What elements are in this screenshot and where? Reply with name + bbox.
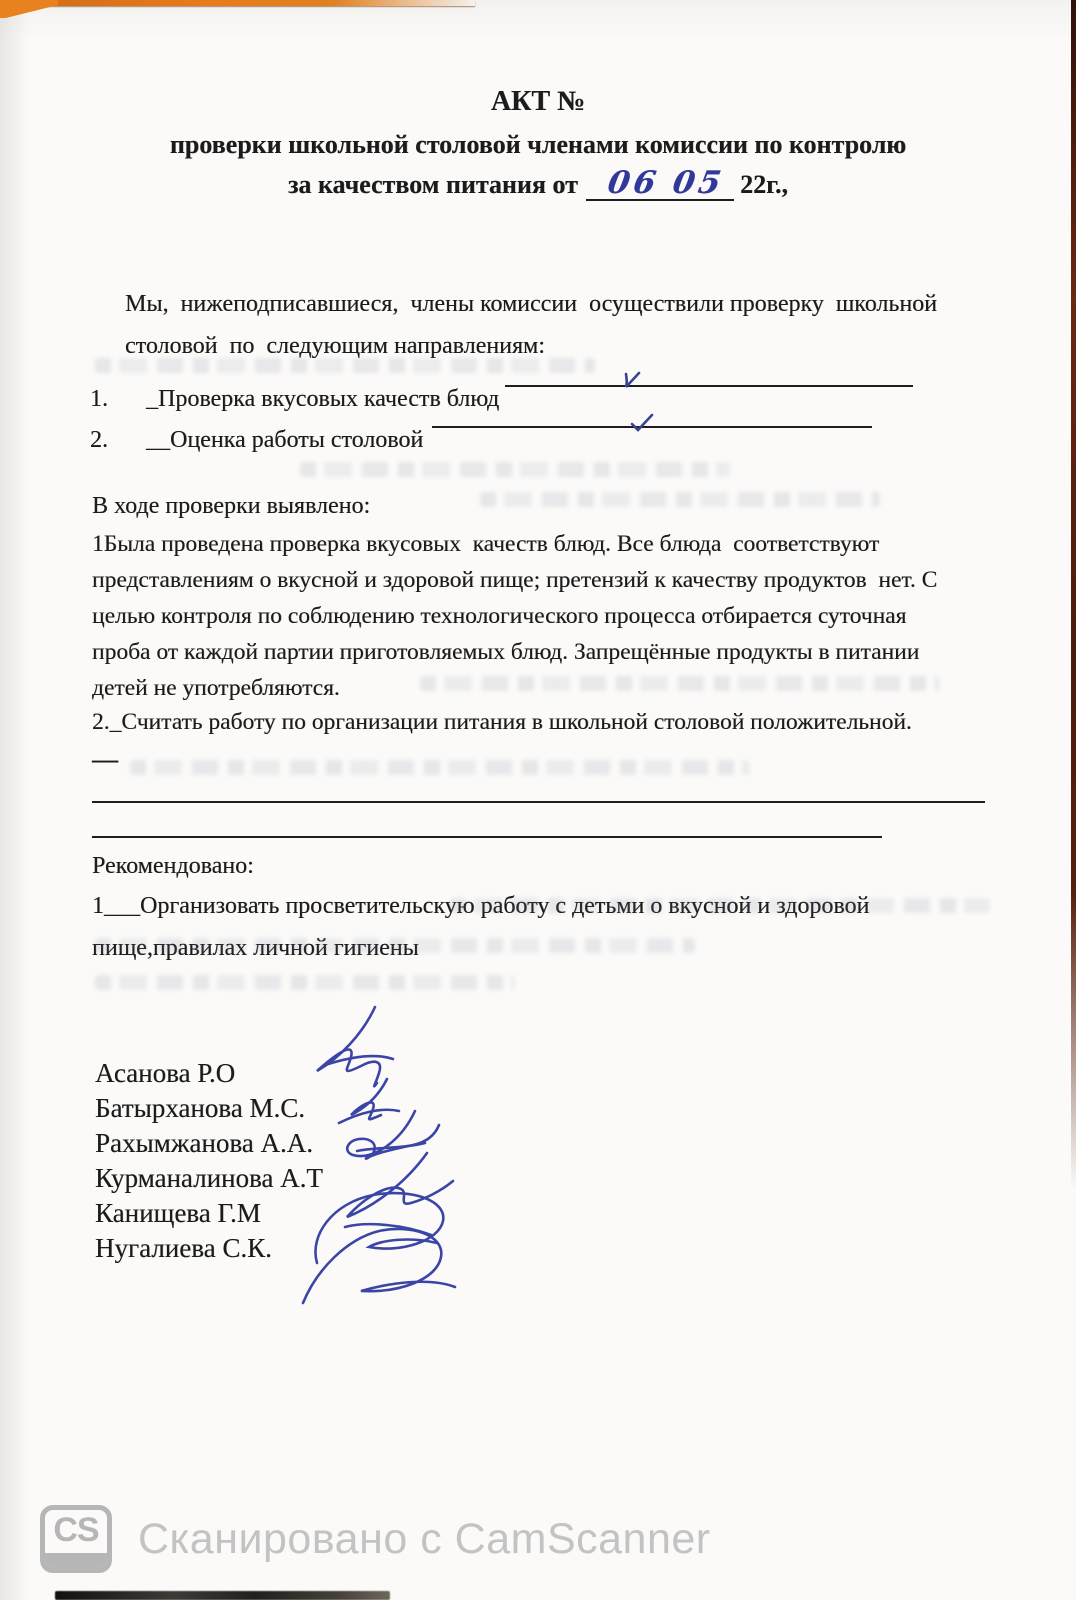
findings-line-3: целью контроля по соблюдению технологиче… (92, 602, 906, 630)
document-title: АКТ № (0, 86, 1076, 118)
bleedthrough-artifact (450, 898, 990, 913)
bleedthrough-artifact (95, 358, 595, 373)
date-line-suffix: 22г., (740, 170, 788, 199)
date-fill-in-line: 0605 (586, 168, 734, 201)
handwritten-checkmark-icon (628, 412, 656, 434)
date-line-prefix: за качеством питания от (288, 170, 578, 199)
findings-line-1: 1Была проведена проверка вкусовых качест… (92, 530, 879, 558)
camscanner-icon-bar (45, 1553, 107, 1568)
dash-mark: — (92, 744, 118, 775)
handwritten-date-month: 05 (670, 168, 727, 199)
conclusion-line: 2._Считать работу по организации питания… (92, 708, 912, 736)
findings-line-2: представлениям о вкусной и здоровой пище… (92, 566, 937, 594)
checklist-item-1-label: _Проверка вкусовых качеств блюд (146, 385, 499, 414)
checklist-item-1-number: 1. (90, 385, 108, 414)
checklist-item-2-number: 2. (90, 426, 108, 455)
scan-edge-corner-orange (0, 0, 58, 18)
intro-line-1: Мы, нижеподписавшиеся, члены комиссии ос… (125, 290, 937, 319)
bleedthrough-artifact (420, 676, 940, 691)
handwritten-signatures (255, 995, 485, 1315)
scanned-document-page: АКТ № проверки школьной столовой членами… (0, 0, 1076, 1600)
handwritten-checkmark-icon (620, 368, 646, 394)
camscanner-icon-label: CS (53, 1510, 98, 1550)
recommended-header: Рекомендовано: (92, 852, 254, 881)
bleedthrough-artifact (300, 462, 730, 477)
camscanner-icon: CS (40, 1505, 112, 1573)
document-subtitle: проверки школьной столовой членами комис… (0, 130, 1076, 160)
findings-line-5: детей не употребляются. (92, 674, 340, 702)
camscanner-watermark: CS Сканировано с CamScanner (40, 1505, 711, 1573)
scan-edge-top-orange (0, 0, 475, 6)
bleedthrough-artifact (95, 938, 695, 953)
bleedthrough-artifact (130, 760, 750, 775)
checklist-item-2-label: __Оценка работы столовой (146, 426, 423, 455)
scan-edge-bottom-shadow (55, 1591, 390, 1600)
bleedthrough-artifact (480, 492, 880, 507)
findings-header: В ходе проверки выявлено: (92, 492, 370, 521)
document-date-line: за качеством питания от060522г., (0, 168, 1076, 201)
handwritten-date-day: 06 (605, 168, 662, 199)
blank-line-2 (92, 836, 882, 838)
camscanner-text: Сканировано с CamScanner (138, 1515, 711, 1564)
blank-line-1 (92, 801, 985, 803)
bleedthrough-artifact (95, 975, 515, 990)
intro-line-2: столовой по следующим направлениям: (125, 332, 545, 361)
findings-line-4: проба от каждой партии приготовляемых бл… (92, 638, 919, 666)
checklist-item-1-fill-line (505, 385, 913, 387)
